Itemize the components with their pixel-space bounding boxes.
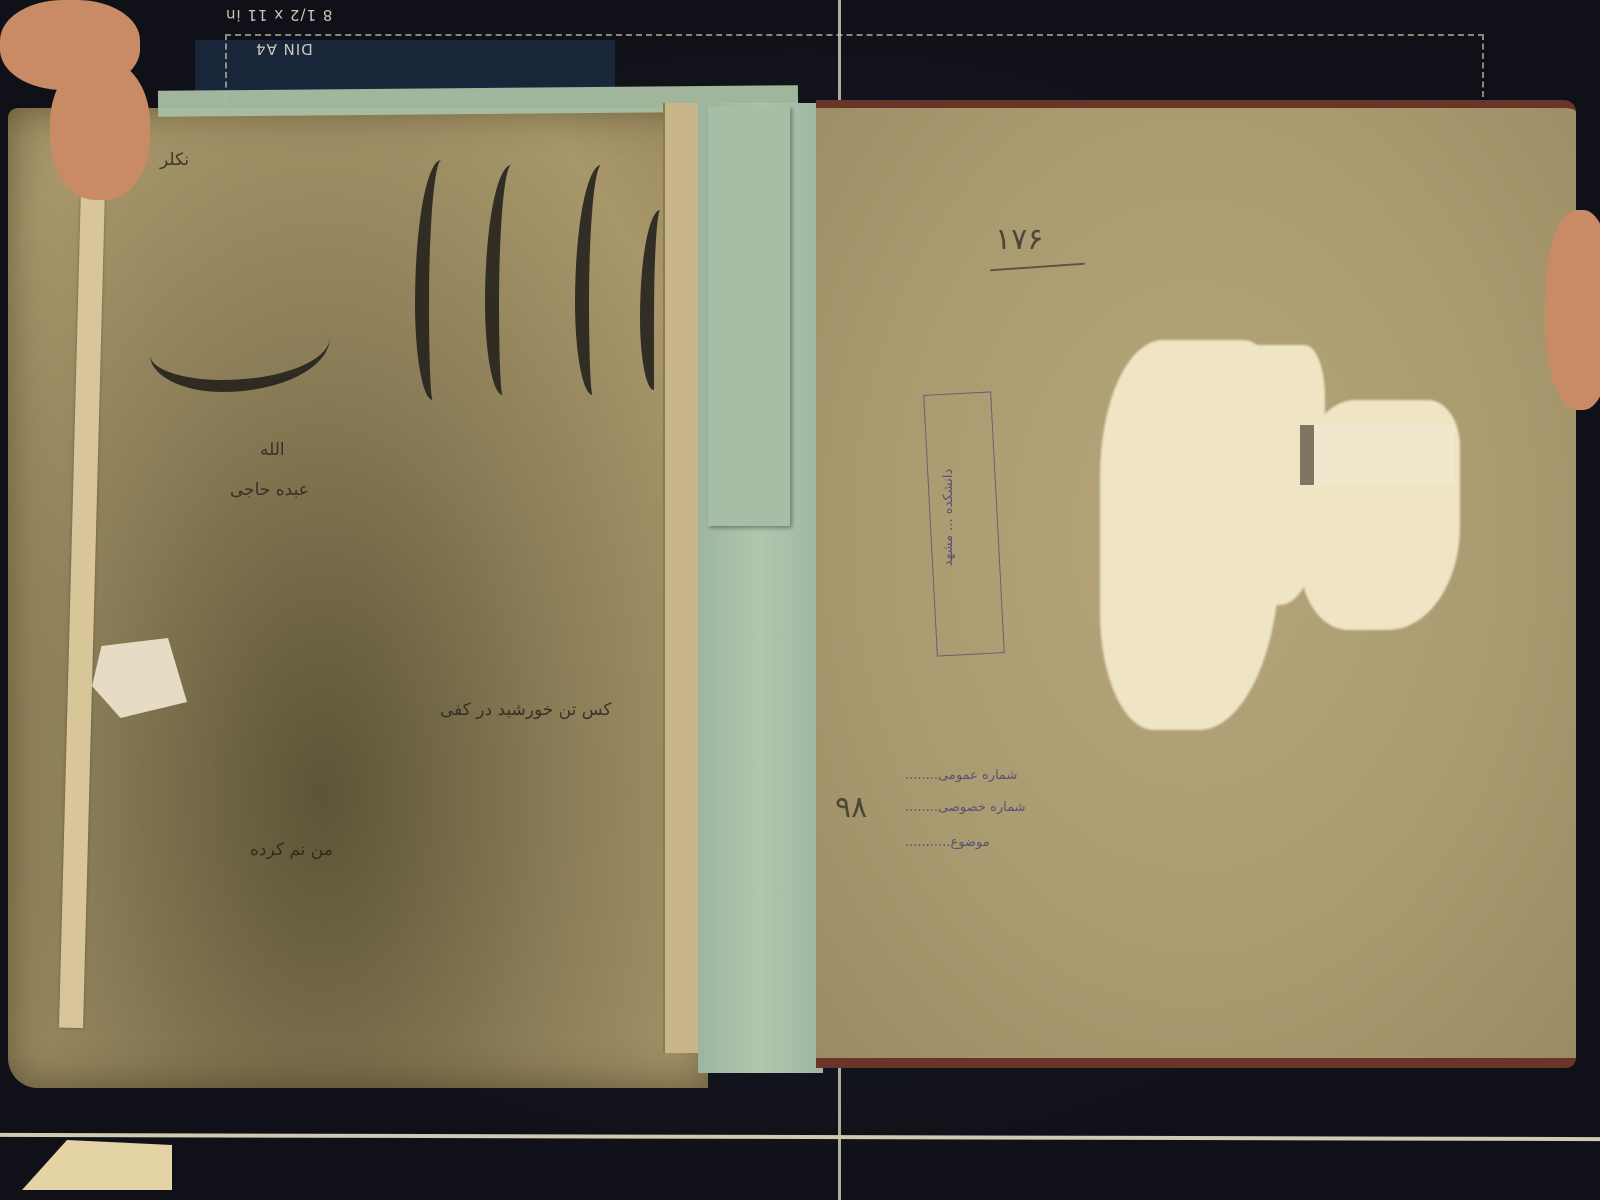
mat-label-din-a4: DIN A4 bbox=[255, 40, 313, 58]
mat-label-letter-size: 8 1/2 x 11 in bbox=[225, 6, 332, 24]
stamp-field-label: موضوع bbox=[950, 835, 989, 850]
script-line: الله bbox=[260, 440, 285, 460]
stamp-field-label: شماره عمومی bbox=[938, 768, 1017, 783]
thumb-left bbox=[50, 60, 150, 200]
pasted-note-fragment bbox=[1300, 425, 1454, 485]
script-line: کس تن خورشید در کفی bbox=[440, 700, 612, 720]
stamp-field-private-number: شماره خصوصی........ bbox=[905, 800, 1026, 815]
script-line: من نم کرده bbox=[250, 840, 333, 860]
script-line: نکلر bbox=[160, 150, 189, 170]
script-line: عبده حاجی bbox=[230, 480, 309, 500]
stamp-field-subject: موضوع........... bbox=[905, 835, 990, 850]
library-stamp-box bbox=[923, 391, 1005, 656]
stamp-field-general-number: شماره عمومی........ bbox=[905, 768, 1017, 783]
stamp-field-dots: ........... bbox=[905, 835, 950, 850]
spine-repair-upper bbox=[708, 106, 790, 526]
library-stamp-text: دانشکده ... مشهد bbox=[941, 469, 956, 566]
thumb-right bbox=[1545, 210, 1600, 410]
pencil-number-side: ۹۸ bbox=[835, 790, 867, 825]
pencil-number-top: ۱۷۶ bbox=[995, 222, 1043, 257]
stamp-field-label: شماره خصوصی bbox=[938, 800, 1026, 815]
stamp-field-dots: ........ bbox=[905, 768, 938, 783]
stamp-field-dots: ........ bbox=[905, 800, 938, 815]
